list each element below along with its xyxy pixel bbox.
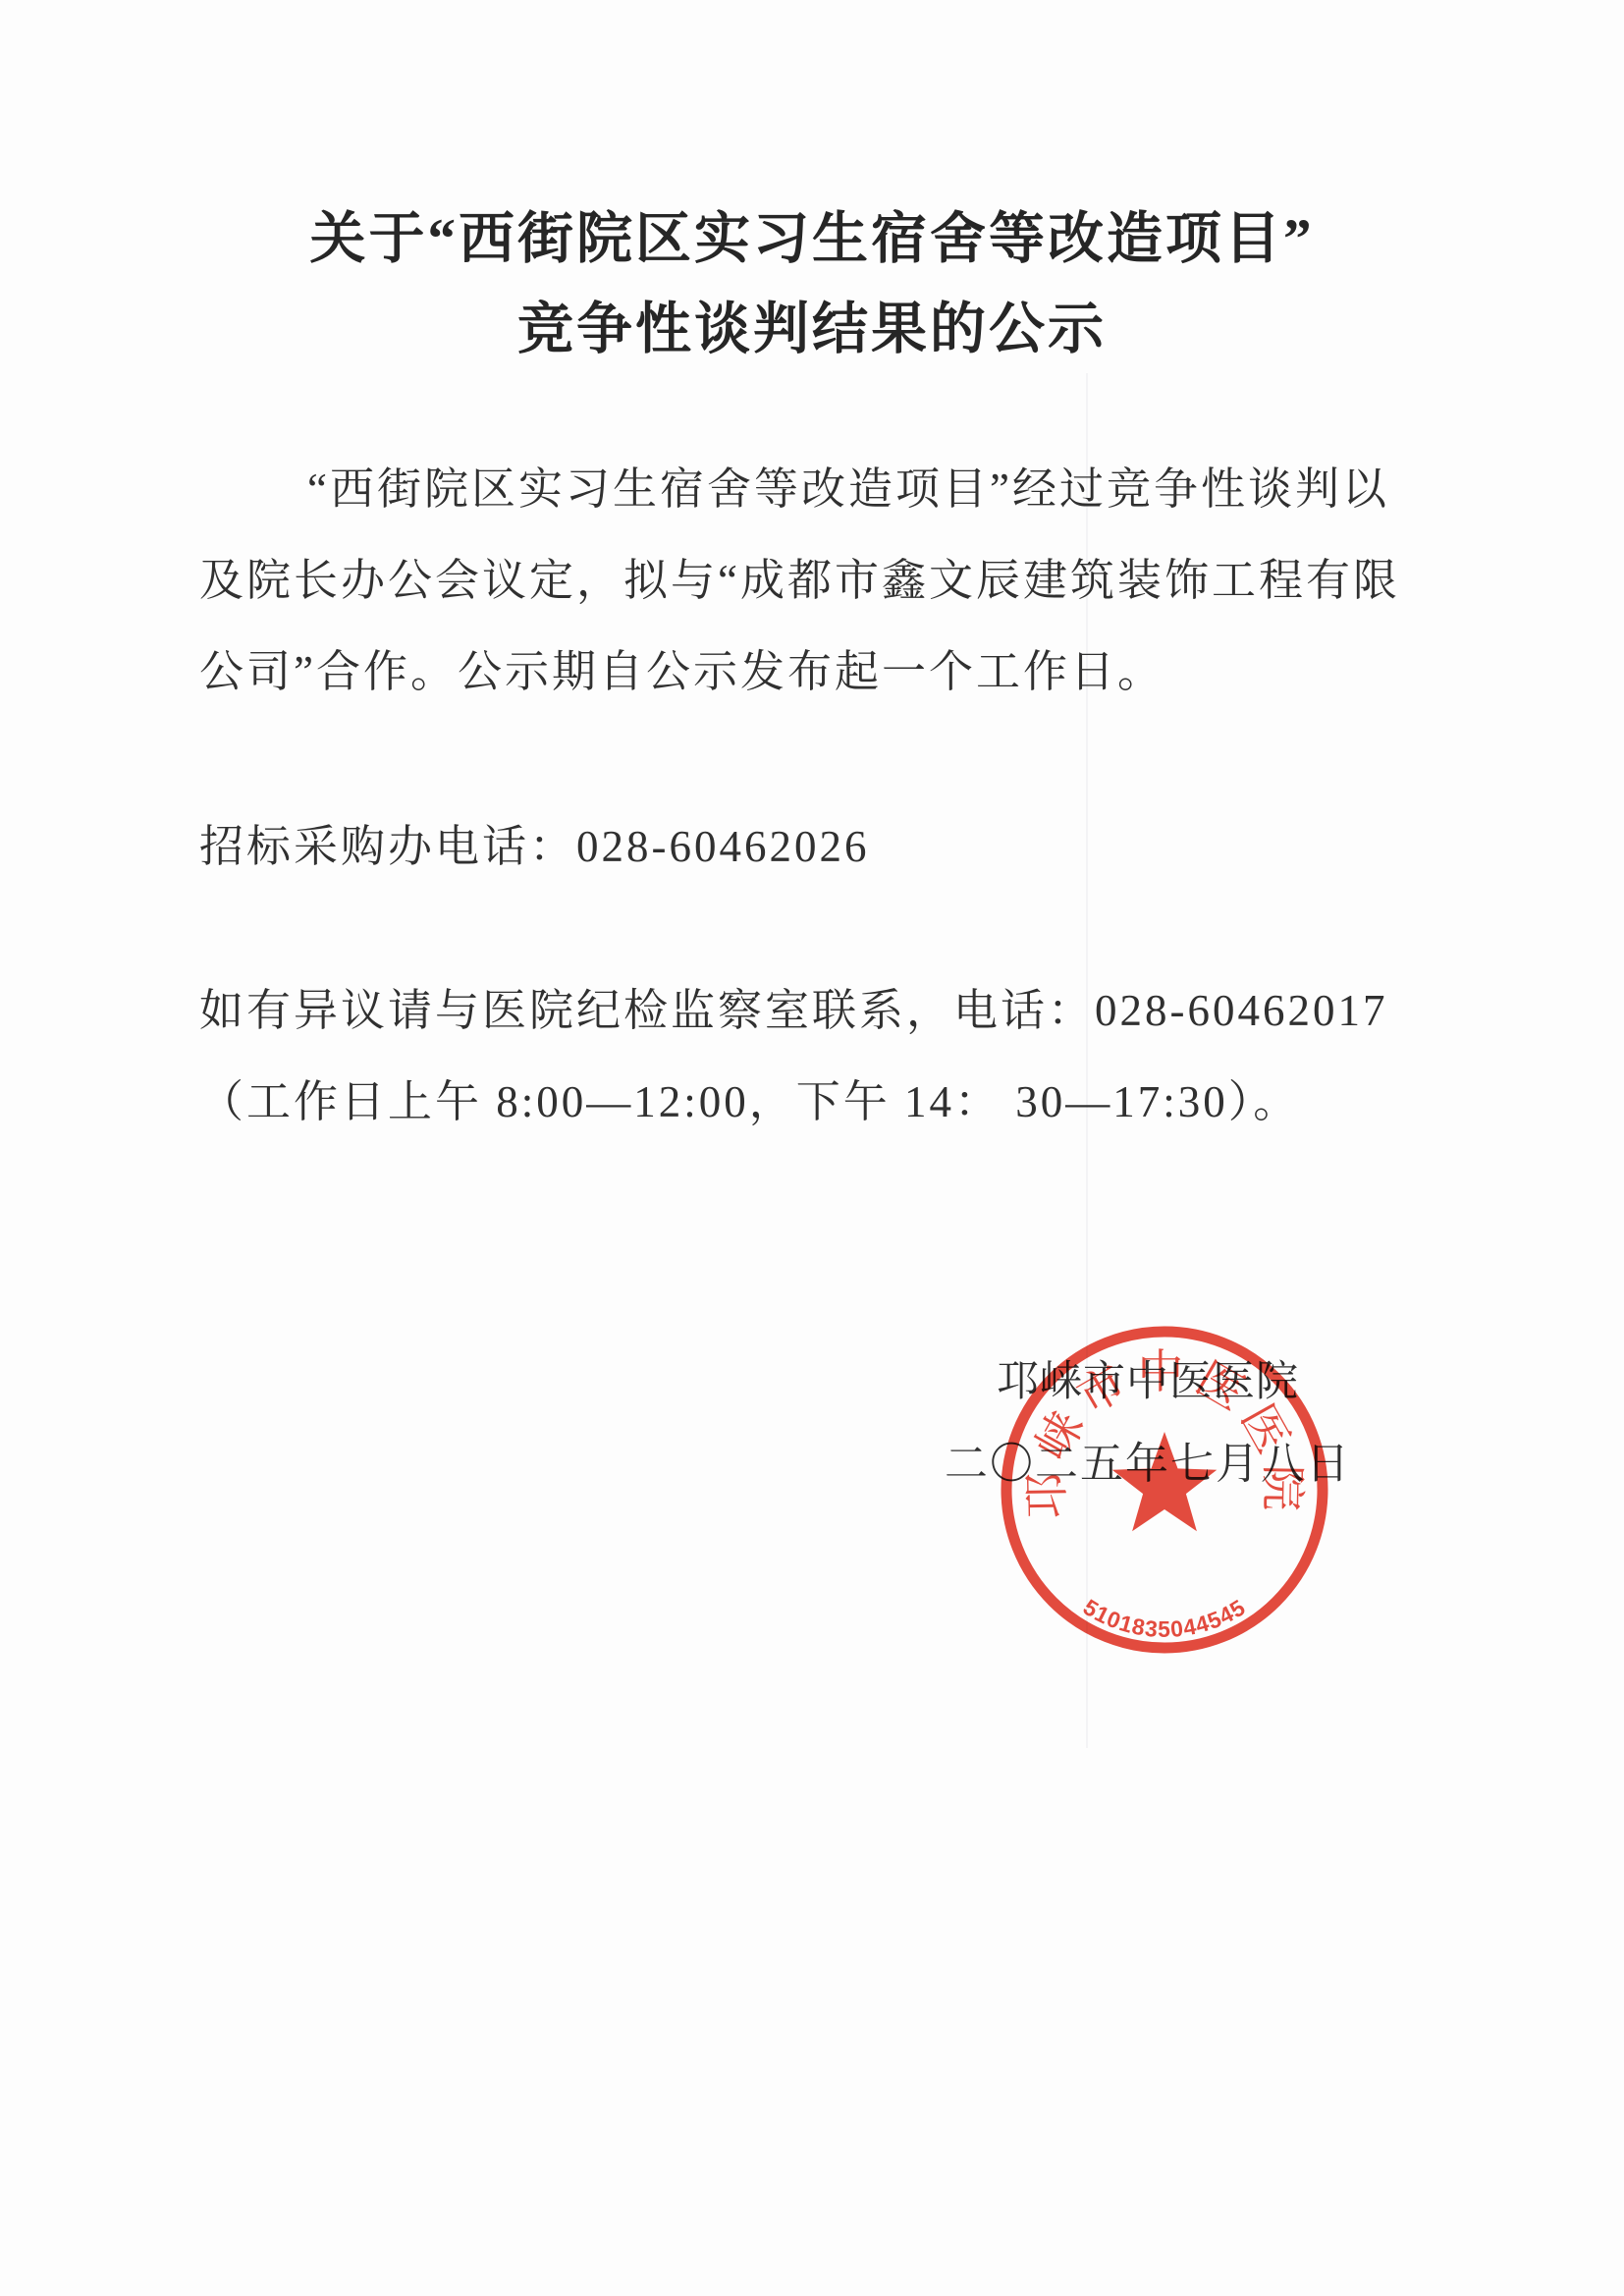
notice-title: 关于“西街院区实习生宿舍等改造项目” 竞争性谈判结果的公示: [0, 194, 1624, 375]
notice-paragraph-result: “西街院区实习生宿舍等改造项目”经过竞争性谈判以 及院长办公会议定，拟与“成都市…: [199, 444, 1400, 718]
paragraph-line: （工作日上午 8:00—12:00，下午 14： 30—17:30）。: [199, 1057, 1388, 1148]
paragraph-line: 招标采购办电话：028-60462026: [199, 801, 870, 893]
paragraph-line: 公司”合作。公示期自公示发布起一个工作日。: [199, 627, 1400, 718]
paragraph-line: “西街院区实习生宿舍等改造项目”经过竞争性谈判以: [199, 444, 1400, 535]
seal-star-icon: [1112, 1432, 1218, 1531]
notice-title-line1: 关于“西街院区实习生宿舍等改造项目”: [0, 194, 1624, 285]
scanned-notice-page: 关于“西街院区实习生宿舍等改造项目” 竞争性谈判结果的公示 “西街院区实习生宿舍…: [0, 0, 1624, 2296]
paragraph-line: 及院长办公会议定，拟与“成都市鑫文辰建筑装饰工程有限: [199, 535, 1400, 627]
paragraph-line: 如有异议请与医院纪检监察室联系，电话：028-60462017: [199, 965, 1388, 1057]
official-seal-graphic: 邛崃市中医医院 5101835044545: [978, 1303, 1351, 1676]
procurement-phone-line: 招标采购办电话：028-60462026: [199, 801, 870, 893]
notice-title-line2: 竞争性谈判结果的公示: [0, 285, 1624, 375]
objection-contact-paragraph: 如有异议请与医院纪检监察室联系，电话：028-60462017 （工作日上午 8…: [199, 965, 1388, 1148]
official-seal: 邛崃市中医医院 5101835044545: [978, 1303, 1351, 1676]
